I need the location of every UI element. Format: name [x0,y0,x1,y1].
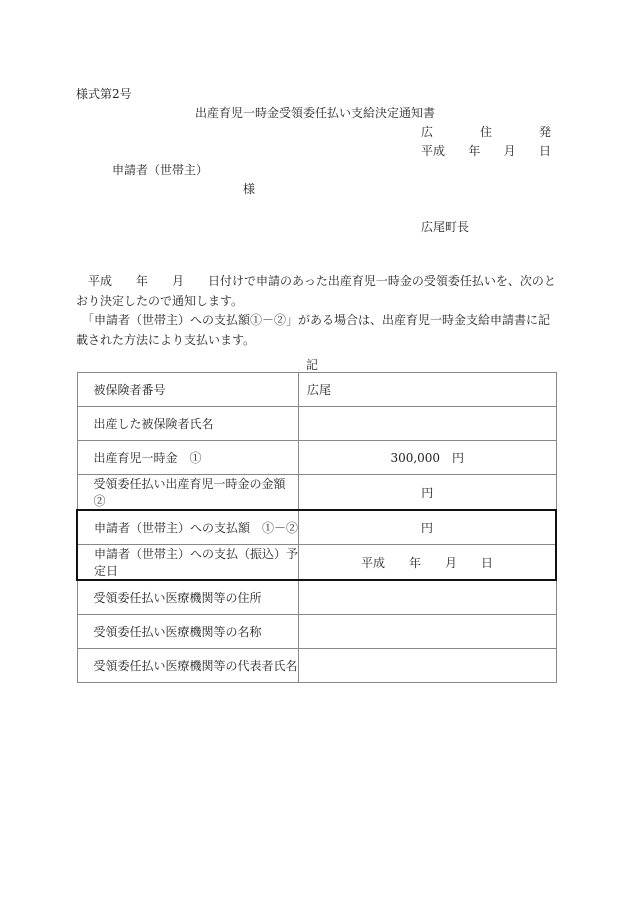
day-label: 日 [539,142,551,159]
issue-date: 平成 年 月 日 [421,142,551,159]
table-row: 受領委任払い医療機関等の代表者氏名 [77,649,556,683]
table-row: 受領委任払い医療機関等の住所 [77,580,556,615]
row-value: 平成 年 月 日 [299,545,557,581]
table-row: 受領委任払い医療機関等の名称 [77,615,556,649]
row-value: 広尾 [299,373,557,407]
table-row-highlighted: 申請者（世帯主）への支払額 ①－② 円 [77,510,556,545]
issuer-char: 住 [480,123,492,140]
row-label: 申請者（世帯主）への支払（振込）予定日 [77,545,299,581]
year-label: 年 [468,142,480,159]
issuer-char: 発 [539,123,551,140]
issuer-char: 広 [421,123,433,140]
mayor-signature: 広尾町長 [421,218,469,235]
details-table: 被保険者番号 広尾 出産した被保険者氏名 出産育児一時金 ① 300,000 円… [76,372,557,683]
row-value [299,649,557,683]
row-label: 受領委任払い医療機関等の住所 [77,580,299,615]
table-row-highlighted: 申請者（世帯主）への支払（振込）予定日 平成 年 月 日 [77,545,556,581]
row-value: 円 [299,510,557,545]
table-row: 受領委任払い出産育児一時金の金額 ② 円 [77,475,556,511]
row-label: 受領委任払い医療機関等の名称 [77,615,299,649]
month-label: 月 [504,142,516,159]
row-value [299,580,557,615]
form-number: 様式第2号 [76,85,132,102]
era: 平成 [421,142,445,159]
row-label: 被保険者番号 [77,373,299,407]
document-title: 出産育児一時金受領委任払い支給決定通知書 [195,104,435,121]
row-value: 円 [299,475,557,511]
table-row: 出産した被保険者氏名 [77,407,556,441]
row-value [299,615,557,649]
row-label: 受領委任払い出産育児一時金の金額 ② [77,475,299,511]
row-label: 申請者（世帯主）への支払額 ①－② [77,510,299,545]
row-value [299,407,557,441]
table-row: 被保険者番号 広尾 [77,373,556,407]
table-row: 出産育児一時金 ① 300,000 円 [77,441,556,475]
ki-heading: 記 [306,356,318,373]
issuer-line: 広 住 発 [421,123,551,140]
paragraph-2: 「申請者（世帯主）への支払額①－②」がある場合は、出産育児一時金支給申請書に記載… [76,311,556,350]
honorific: 様 [243,180,255,197]
applicant-label: 申請者（世帯主） [112,161,208,178]
notice-body: 平成 年 月 日付けで申請のあった出産育児一時金の受領委任払いを、次のとおり決定… [76,272,556,350]
row-label: 出産した被保険者氏名 [77,407,299,441]
row-label: 受領委任払い医療機関等の代表者氏名 [77,649,299,683]
paragraph-1: 平成 年 月 日付けで申請のあった出産育児一時金の受領委任払いを、次のとおり決定… [76,272,556,311]
row-label: 出産育児一時金 ① [77,441,299,475]
row-value: 300,000 円 [299,441,557,475]
